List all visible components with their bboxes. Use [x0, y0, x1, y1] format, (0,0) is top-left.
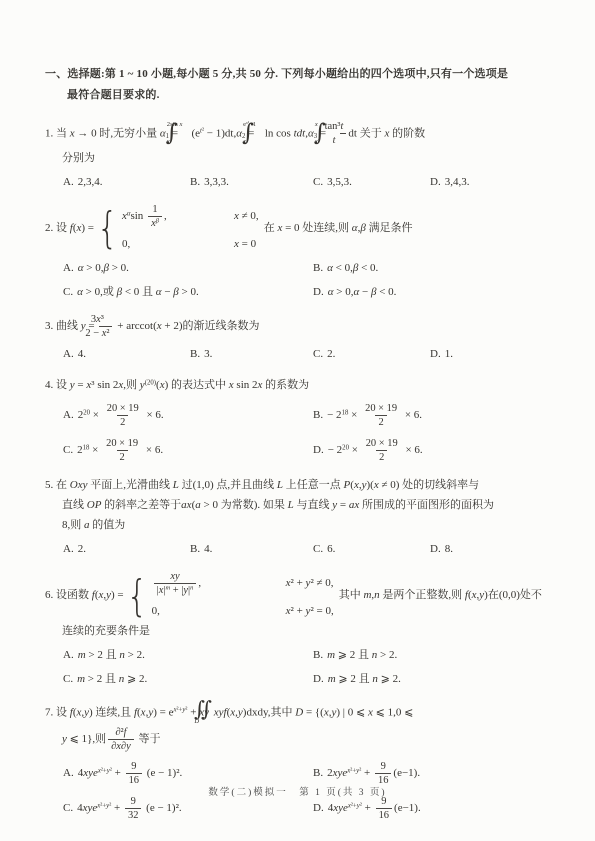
option-label: A.: [63, 262, 74, 274]
question-3-options: A.4. B.3. C.2. D.1.: [45, 344, 565, 364]
question-6-stem-post: 其中 m,n 是两个正整数,则 f(x,y)在(0,0)处不: [339, 586, 542, 605]
option-text: α > 0,β > 0.: [78, 262, 129, 274]
option-text: 4.: [78, 348, 86, 360]
option-3-b: B.3.: [190, 344, 313, 364]
option-label: B.: [190, 348, 200, 360]
option-label: A.: [63, 176, 74, 188]
option-text: 3.: [204, 348, 212, 360]
option-label: C.: [313, 543, 323, 555]
option-3-c: C.2.: [313, 344, 430, 364]
piecewise-expr: xy|x|m + |y|n,: [152, 570, 286, 597]
option-7-a: A.4xyex²+y² + 916 (e − 1)².: [63, 760, 313, 787]
piecewise-row: xαsin 1xβ,x ≠ 0,: [122, 203, 259, 230]
question-5-stem-line1: 5. 在 Oxy 平面上,光滑曲线 L 过(1,0) 点,并且曲线 L 上任意一…: [45, 475, 565, 495]
option-label: A.: [63, 409, 74, 421]
option-7-c: C.4xyex²+y² + 932 (e − 1)².: [63, 795, 313, 822]
question-2-stem-post: 在 x = 0 处连续,则 α,β 满足条件: [264, 219, 413, 238]
left-brace: {: [127, 578, 148, 614]
question-2: 2. 设 f(x) = { xαsin 1xβ,x ≠ 0, 0,x = 0 在…: [45, 203, 565, 302]
option-text: 2,3,4.: [78, 176, 103, 188]
option-text: m ⩾ 2 且 n ⩾ 2.: [328, 673, 401, 685]
piecewise-expr: xαsin 1xβ,: [122, 203, 234, 230]
option-label: C.: [63, 673, 73, 685]
option-1-b: B.3,3,3.: [190, 172, 313, 192]
option-1-d: D.3,4,3.: [430, 172, 565, 192]
question-4-options: A.220 × 20 × 192 × 6. B.− 218 × 20 × 192…: [45, 402, 565, 464]
piecewise-cond: x ≠ 0,: [234, 207, 259, 226]
exam-page: 一、选择题:第 1 ~ 10 小题,每小题 5 分,共 50 分. 下列每小题给…: [0, 0, 595, 841]
question-4-stem: 4. 设 y = x³ sin 2x,则 y(20)(x) 的表达式中 x si…: [45, 375, 565, 395]
option-label: C.: [313, 348, 323, 360]
question-2-stem: 2. 设 f(x) = { xαsin 1xβ,x ≠ 0, 0,x = 0 在…: [45, 203, 565, 254]
option-label: D.: [430, 176, 441, 188]
option-5-d: D.8.: [430, 539, 565, 559]
option-label: D.: [430, 348, 441, 360]
option-text: 4xyex²+y² + 932 (e − 1)².: [77, 802, 182, 814]
question-5-stem-line3: 8,则 a 的值为: [45, 515, 565, 535]
question-5-stem-line2: 直线 OP 的斜率之差等于ax(a > 0 为常数). 如果 L 与直线 y =…: [45, 495, 565, 515]
option-7-d: D.4xyex²+y² + 916(e−1).: [313, 795, 565, 822]
page-footer: 数学(二)模拟一 第 1 页(共 3 页): [0, 784, 595, 798]
question-3: 3. 曲线 y = 3x³2 − x² + arccot(x + 2)的渐近线条…: [45, 313, 565, 364]
question-5: 5. 在 Oxy 平面上,光滑曲线 L 过(1,0) 点,并且曲线 L 上任意一…: [45, 475, 565, 559]
piecewise-rows: xαsin 1xβ,x ≠ 0, 0,x = 0: [122, 203, 259, 254]
section-header-line2: 最符合题目要求的.: [45, 85, 565, 106]
option-1-c: C.3,5,3.: [313, 172, 430, 192]
option-text: m > 2 且 n ⩾ 2.: [77, 673, 147, 685]
piecewise-expr: 0,: [152, 602, 286, 621]
option-5-c: C.6.: [313, 539, 430, 559]
section-header: 一、选择题:第 1 ~ 10 小题,每小题 5 分,共 50 分. 下列每小题给…: [45, 64, 565, 106]
section-header-line1: 一、选择题:第 1 ~ 10 小题,每小题 5 分,共 50 分. 下列每小题给…: [45, 64, 565, 85]
option-2-a: A.α > 0,β > 0.: [63, 258, 313, 278]
option-text: − 218 × 20 × 192 × 6.: [327, 409, 422, 421]
option-label: B.: [313, 409, 323, 421]
question-5-options: A.2. B.4. C.6. D.8.: [45, 539, 565, 559]
option-label: D.: [313, 444, 324, 456]
option-label: D.: [313, 802, 324, 814]
option-text: 3,5,3.: [327, 176, 352, 188]
option-text: α > 0,或 β < 0 且 α − β > 0.: [77, 286, 199, 298]
option-label: A.: [63, 767, 74, 779]
question-6-stem-line2: 连续的充要条件是: [45, 621, 565, 641]
question-6-options: A.m > 2 且 n > 2. B.m ⩾ 2 且 n > 2. C.m > …: [45, 645, 565, 689]
option-5-b: B.4.: [190, 539, 313, 559]
option-text: − 220 × 20 × 192 × 6.: [328, 444, 423, 456]
option-text: 4xyex²+y² + 916 (e − 1)².: [78, 767, 183, 779]
option-label: B.: [190, 176, 200, 188]
option-3-a: A.4.: [63, 344, 190, 364]
left-brace: {: [97, 210, 118, 246]
question-4: 4. 设 y = x³ sin 2x,则 y(20)(x) 的表达式中 x si…: [45, 375, 565, 464]
question-1-stem-line2: 分别为: [45, 148, 565, 168]
option-6-a: A.m > 2 且 n > 2.: [63, 645, 313, 665]
option-label: A.: [63, 649, 74, 661]
option-text: 2xyex²+y² + 916(e−1).: [327, 767, 420, 779]
option-7-b: B.2xyex²+y² + 916(e−1).: [313, 760, 565, 787]
question-1: 1. 当 x → 0 时,无穷小量 α1 = ∫2sin xx (et² − 1…: [45, 120, 565, 192]
question-6: 6. 设函数 f(x,y) = { xy|x|m + |y|n,x² + y² …: [45, 570, 565, 689]
option-4-a: A.220 × 20 × 192 × 6.: [63, 402, 313, 429]
option-text: 220 × 20 × 192 × 6.: [78, 409, 164, 421]
question-6-piecewise: { xy|x|m + |y|n,x² + y² ≠ 0, 0,x² + y² =…: [127, 570, 334, 621]
option-label: A.: [63, 348, 74, 360]
option-text: 4.: [204, 543, 212, 555]
option-6-d: D.m ⩾ 2 且 n ⩾ 2.: [313, 669, 565, 689]
question-6-stem-pre: 6. 设函数 f(x,y) =: [45, 586, 124, 605]
option-6-c: C.m > 2 且 n ⩾ 2.: [63, 669, 313, 689]
option-4-d: D.− 220 × 20 × 192 × 6.: [313, 437, 565, 464]
piecewise-rows: xy|x|m + |y|n,x² + y² ≠ 0, 0,x² + y² = 0…: [152, 570, 334, 621]
option-2-b: B.α < 0,β < 0.: [313, 258, 565, 278]
piecewise-row: 0,x² + y² = 0,: [152, 602, 334, 621]
option-label: D.: [313, 286, 324, 298]
option-4-c: C.218 × 20 × 192 × 6.: [63, 437, 313, 464]
question-6-stem: 6. 设函数 f(x,y) = { xy|x|m + |y|n,x² + y² …: [45, 570, 565, 621]
option-text: m ⩾ 2 且 n > 2.: [327, 649, 397, 661]
option-5-a: A.2.: [63, 539, 190, 559]
question-1-stem: 1. 当 x → 0 时,无穷小量 α1 = ∫2sin xx (et² − 1…: [45, 120, 565, 148]
piecewise-cond: x² + y² ≠ 0,: [286, 574, 334, 593]
question-2-stem-pre: 2. 设 f(x) =: [45, 219, 94, 238]
question-3-stem: 3. 曲线 y = 3x³2 − x² + arccot(x + 2)的渐近线条…: [45, 313, 565, 340]
option-label: D.: [430, 543, 441, 555]
option-label: A.: [63, 543, 74, 555]
option-label: D.: [313, 673, 324, 685]
option-label: C.: [63, 802, 73, 814]
option-label: C.: [313, 176, 323, 188]
option-text: 3,3,3.: [204, 176, 229, 188]
option-text: 4xyex²+y² + 916(e−1).: [328, 802, 421, 814]
piecewise-row: xy|x|m + |y|n,x² + y² ≠ 0,: [152, 570, 334, 597]
piecewise-row: 0,x = 0: [122, 235, 259, 254]
question-2-piecewise: { xαsin 1xβ,x ≠ 0, 0,x = 0: [97, 203, 259, 254]
option-text: 8.: [445, 543, 453, 555]
option-label: C.: [63, 444, 73, 456]
option-label: B.: [190, 543, 200, 555]
option-1-a: A.2,3,4.: [63, 172, 190, 192]
option-4-b: B.− 218 × 20 × 192 × 6.: [313, 402, 565, 429]
piecewise-cond: x² + y² = 0,: [286, 602, 334, 621]
option-text: m > 2 且 n > 2.: [78, 649, 145, 661]
question-2-options: A.α > 0,β > 0. B.α < 0,β < 0. C.α > 0,或 …: [45, 258, 565, 302]
option-text: α > 0,α − β < 0.: [328, 286, 397, 298]
piecewise-expr: 0,: [122, 235, 234, 254]
option-label: B.: [313, 649, 323, 661]
option-label: B.: [313, 262, 323, 274]
option-2-d: D.α > 0,α − β < 0.: [313, 282, 565, 302]
question-1-options: A.2,3,4. B.3,3,3. C.3,5,3. D.3,4,3.: [45, 172, 565, 192]
option-3-d: D.1.: [430, 344, 565, 364]
option-text: 6.: [327, 543, 335, 555]
option-text: 218 × 20 × 192 × 6.: [77, 444, 163, 456]
option-text: 3,4,3.: [445, 176, 470, 188]
option-text: 2.: [327, 348, 335, 360]
question-7: 7. 设 f(x,y) 连续,且 f(x,y) = ex²+y² + xy∬Dx…: [45, 700, 565, 822]
option-text: 2.: [78, 543, 86, 555]
option-text: 1.: [445, 348, 453, 360]
option-6-b: B.m ⩾ 2 且 n > 2.: [313, 645, 565, 665]
option-2-c: C.α > 0,或 β < 0 且 α − β > 0.: [63, 282, 313, 302]
piecewise-cond: x = 0: [234, 235, 256, 254]
question-7-stem-line1: 7. 设 f(x,y) 连续,且 f(x,y) = ex²+y² + xy∬Dx…: [45, 700, 565, 725]
option-label: C.: [63, 286, 73, 298]
option-label: B.: [313, 767, 323, 779]
option-text: α < 0,β < 0.: [327, 262, 378, 274]
question-7-stem-line2: y ⩽ 1},则∂²f∂x∂y 等于: [45, 726, 565, 753]
